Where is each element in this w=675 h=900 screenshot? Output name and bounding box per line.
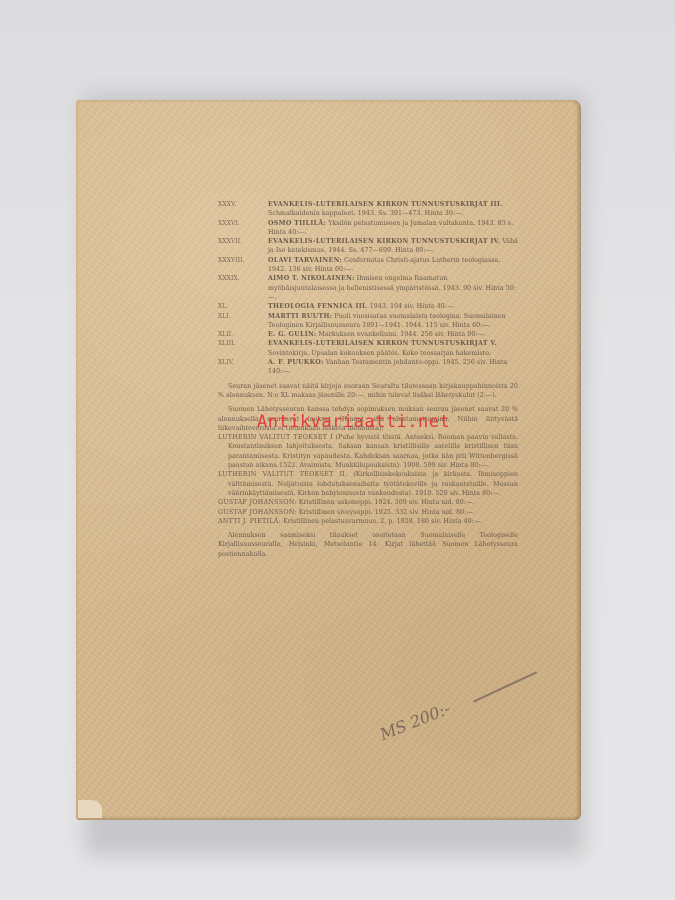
entry-text: Schmalkaldenin kappaleet. 1943. Ss. 391—… (268, 210, 463, 217)
entry-number: XL. (218, 302, 268, 311)
work-title: GUSTAF JOHANSSON: (218, 509, 297, 516)
worn-corner (78, 800, 102, 818)
entry-text: Sovintokirja. Upsalan kokouksen päätös. … (268, 350, 491, 357)
entry-title: EVANKELIS-LUTERILAISEN KIRKON TUNNUSTUSK… (268, 340, 497, 347)
work-title: LUTHERIN VALITUT TEOKSET I (218, 434, 333, 441)
entry-title: E. G. GULIN: (268, 331, 316, 338)
entry-number: XLIV. (218, 358, 268, 377)
series-entry: XLIII.EVANKELIS-LUTERILAISEN KIRKON TUNN… (218, 339, 518, 358)
watermark: Antikvariaatti.net (257, 412, 450, 432)
entry-title: EVANKELIS-LUTERILAISEN KIRKON TUNNUSTUSK… (268, 238, 500, 245)
series-entry: XXXVII.EVANKELIS-LUTERILAISEN KIRKON TUN… (218, 237, 518, 256)
entry-title: OLAVI TARVAINEN: (268, 257, 342, 264)
entry-title: AIMO T. NIKOLAINEN: (268, 275, 355, 282)
entry-body: MARTTI RUUTH: Puoli vuosisataa suomalais… (268, 312, 518, 331)
entry-number: XLII. (218, 330, 268, 339)
series-entry: XXXVI.OSMO TIILILÄ: Yksilön pelastumisee… (218, 219, 518, 238)
entry-body: A. F. PUUKKO: Vanhan Testamentin johdant… (268, 358, 518, 377)
work-item: GUSTAF JOHANSSON: Kristillinen uskonoppi… (218, 498, 518, 507)
entry-number: XXXVI. (218, 219, 268, 238)
entry-number: XXXVII. (218, 237, 268, 256)
entry-number: XLIII. (218, 339, 268, 358)
work-text: Kristillinen siveysoppi. 1925. 332 siv. … (299, 509, 475, 516)
work-item: ANTTI J. PIETILÄ: Kristillinen pelastusv… (218, 517, 518, 526)
entry-number: XLI. (218, 312, 268, 331)
order-note: Alennuksen saamiseksi tilaukset osoiteta… (218, 531, 518, 559)
work-title: GUSTAF JOHANSSON: (218, 499, 297, 506)
entry-text: Markuksen evankeliumi. 1944. 256 siv. Hi… (318, 331, 485, 338)
entry-body: THEOLOGIA FENNICA III. 1943. 104 siv. Hi… (268, 302, 518, 311)
work-item: LUTHERIN VALITUT TEOKSET II. (Kirkollisi… (218, 470, 518, 498)
entry-title: MARTTI RUUTH: (268, 313, 332, 320)
entry-title: EVANKELIS-LUTERILAISEN KIRKON TUNNUSTUSK… (268, 201, 503, 208)
work-title: ANTTI J. PIETILÄ: (218, 518, 281, 525)
entry-body: OSMO TIILILÄ: Yksilön pelastumiseen ja J… (268, 219, 518, 238)
cover-text: XXXV.EVANKELIS-LUTERILAISEN KIRKON TUNNU… (218, 200, 518, 559)
entry-number: XXXVIII. (218, 256, 268, 275)
entry-body: EVANKELIS-LUTERILAISEN KIRKON TUNNUSTUSK… (268, 339, 518, 358)
member-note: Seuran jäsenet saavat näitä kirjoja suor… (218, 382, 518, 401)
series-entry: XLII.E. G. GULIN: Markuksen evankeliumi.… (218, 330, 518, 339)
work-item: LUTHERIN VALITUT TEOKSET I (Puhe hyvistä… (218, 433, 518, 470)
entry-body: EVANKELIS-LUTERILAISEN KIRKON TUNNUSTUSK… (268, 237, 518, 256)
works-list: LUTHERIN VALITUT TEOKSET I (Puhe hyvistä… (218, 433, 518, 526)
series-list: XXXV.EVANKELIS-LUTERILAISEN KIRKON TUNNU… (218, 200, 518, 377)
entry-title: THEOLOGIA FENNICA III. (268, 303, 368, 310)
entry-title: A. F. PUUKKO: (268, 359, 324, 366)
work-text: Kristillinen uskonoppi. 1924. 369 siv. H… (299, 499, 474, 506)
entry-body: EVANKELIS-LUTERILAISEN KIRKON TUNNUSTUSK… (268, 200, 518, 219)
series-entry: XXXVIII.OLAVI TARVAINEN: Conformitas Chr… (218, 256, 518, 275)
series-entry: XXXIX.AIMO T. NIKOLAINEN: Ihmisen ongelm… (218, 274, 518, 302)
entry-text: 1943. 104 siv. Hinta 40:—. (370, 303, 456, 310)
series-entry: XLIV.A. F. PUUKKO: Vanhan Testamentin jo… (218, 358, 518, 377)
work-text: Kristillinen pelastusvarmuus. 2. p. 1928… (283, 518, 482, 525)
series-entry: XLI.MARTTI RUUTH: Puoli vuosisataa suoma… (218, 312, 518, 331)
series-entry: XXXV.EVANKELIS-LUTERILAISEN KIRKON TUNNU… (218, 200, 518, 219)
entry-number: XXXIX. (218, 274, 268, 302)
entry-body: OLAVI TARVAINEN: Conformitas Christi-aja… (268, 256, 518, 275)
entry-title: OSMO TIILILÄ: (268, 220, 326, 227)
series-entry: XL.THEOLOGIA FENNICA III. 1943. 104 siv.… (218, 302, 518, 311)
entry-body: AIMO T. NIKOLAINEN: Ihmisen ongelma Raam… (268, 274, 518, 302)
work-title: LUTHERIN VALITUT TEOKSET II. (218, 471, 347, 478)
entry-number: XXXV. (218, 200, 268, 219)
entry-body: E. G. GULIN: Markuksen evankeliumi. 1944… (268, 330, 518, 339)
work-item: GUSTAF JOHANSSON: Kristillinen siveysopp… (218, 508, 518, 517)
